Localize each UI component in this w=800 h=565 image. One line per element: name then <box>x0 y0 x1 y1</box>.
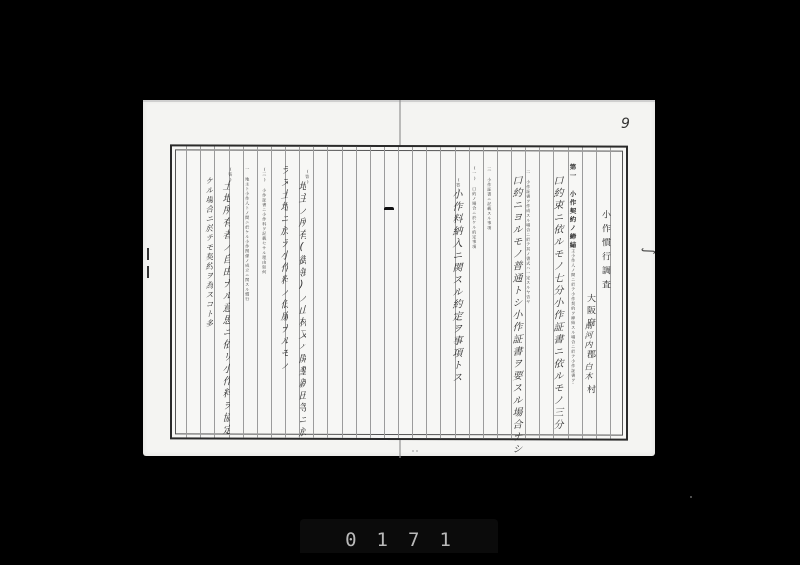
handwritten-page-number: 9 <box>621 116 630 132</box>
item-3-sub-printed: (一) 口約ノ場合ニ於ケル約定事項 <box>472 165 476 249</box>
ruled-line <box>483 147 484 438</box>
ruled-line <box>214 147 215 438</box>
left-answer-1-continuation: ラヌ土地ニ於テ小作料ノ低廉ナルモノ <box>278 164 288 437</box>
scan-dust <box>416 450 418 452</box>
ruled-line <box>398 147 399 438</box>
ruled-line <box>469 147 470 438</box>
clip-mark <box>384 207 394 210</box>
item-2-printed: 二 小作証書ヲ作成スル場合ニ於テ其ノ書式ハ一定スルヤ否ヤ <box>526 169 530 319</box>
ruled-form-frame: 小作慣行調査 大阪府 南河内 郡 白木 村 第一 小作契約ノ締結 一 地主小作人… <box>170 144 628 440</box>
left-answer-2: 土地所有者ノ自由ナル意思ニ依リ小作料ヲ協定シ之ニ対シ小作人ハ之ヲ承諾シテ小作地ヲ… <box>220 180 230 439</box>
ruled-line <box>271 147 272 438</box>
ruled-line <box>243 147 244 438</box>
left-item-sub-3-printed: (三) 小作証書ニ小作料ヲ記載セサル理由如何 <box>262 167 266 275</box>
ruled-line <box>582 147 583 438</box>
counter-digit: 1 <box>439 529 452 551</box>
counter-digit: 1 <box>377 529 390 551</box>
form-title: 小作慣行調査 <box>600 210 609 294</box>
left-item-4-printed: 一 地主ト小作人トノ間ニ於ケル小作関係ノ成立ニ関スル慣行 <box>245 167 249 302</box>
item-3-answer: 小作料納入ニ関スル約定ヲ事項トス <box>450 189 460 385</box>
ruled-line <box>539 147 540 438</box>
ruled-line <box>370 147 371 438</box>
ruled-line <box>384 147 385 438</box>
binding-mark-left <box>147 248 149 278</box>
scan-dust <box>690 496 692 498</box>
ruled-line <box>257 147 258 438</box>
ruled-line <box>356 147 357 438</box>
ruled-line <box>412 147 413 438</box>
ruled-line <box>327 147 328 438</box>
binding-mark-right: ∫ <box>641 247 657 254</box>
film-edge-bottom <box>0 553 800 565</box>
district-label: 郡 <box>585 349 594 361</box>
item-1-answer: 口約束ニ依ルモノ七分小作証書ニ依ルモノ三分 <box>551 175 561 432</box>
item-2-answer: 口約ニヨルモノ普通トシ小作証書ヲ要スル場合ナシ <box>510 175 520 456</box>
district-handwritten: 南河内 <box>584 321 592 350</box>
counter-digit: 7 <box>408 529 421 551</box>
ruled-line <box>440 147 441 438</box>
village-handwritten: 白木 <box>584 362 592 382</box>
item-3-printed: 三 小作証書ニ記載スル事項 <box>487 167 491 230</box>
ruled-line <box>596 148 597 439</box>
ruled-line <box>342 147 343 438</box>
counter-digit: 0 <box>345 529 358 551</box>
ruled-line <box>497 147 498 438</box>
item-1-printed: 一 地主小作人ノ間ニ於テ小作契約ヲ締結スル場合ニ於テ小作証書ヲ作成スルヤ又ハ口約… <box>571 233 575 383</box>
left-answer-2-continuation: ケル場合ニ於テモ契約ヲ為スコト多シ <box>205 176 213 327</box>
ruled-line <box>610 148 611 439</box>
ruled-lines <box>172 146 626 147</box>
ruled-line <box>186 146 187 437</box>
village-label: 村 <box>585 384 594 396</box>
left-answer-1: 地主ノ所有(御領)ノ山林又ハ開墾新田等ニ於テ小作人ノ便宜ノ為メ新規ニ小作地ヲ設ケ… <box>296 180 306 437</box>
ruled-line <box>200 146 201 437</box>
ruled-line <box>426 147 427 438</box>
ruled-line <box>313 147 314 438</box>
scan-dust <box>412 450 414 452</box>
film-edge <box>0 0 800 18</box>
